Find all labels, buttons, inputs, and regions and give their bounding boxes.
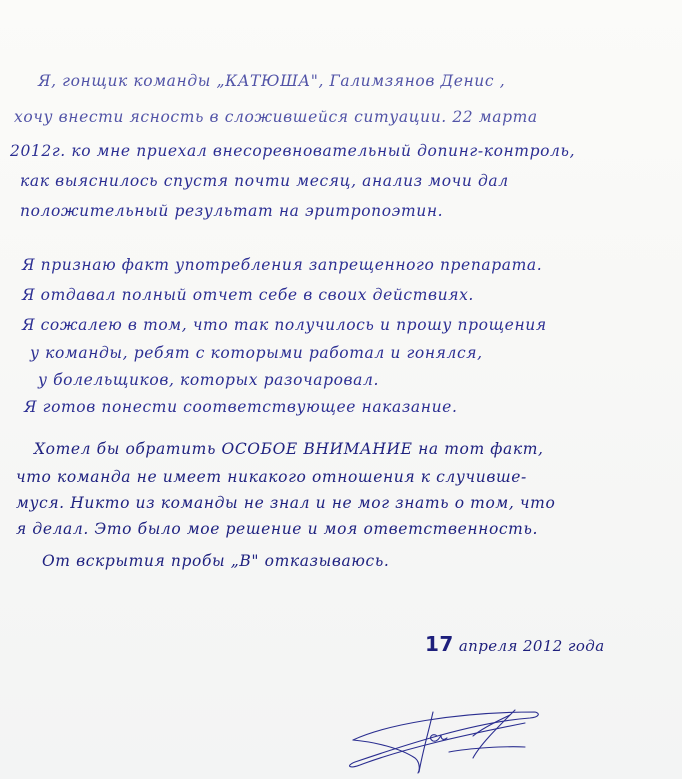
paragraph-3-line-1: Хотел бы обратить ОСОБОЕ ВНИМАНИЕ на тот… bbox=[34, 440, 544, 458]
statement-date: 17 апреля 2012 года bbox=[425, 632, 605, 656]
handwritten-statement-page: Я, гонщик команды „КАТЮША", Галимзянов Д… bbox=[0, 0, 682, 779]
paragraph-2-line-4: у команды, ребят с которыми работал и го… bbox=[30, 344, 483, 362]
date-month-year: апреля 2012 года bbox=[459, 637, 605, 655]
paragraph-1-line-1: Я, гонщик команды „КАТЮША", Галимзянов Д… bbox=[38, 72, 505, 90]
paragraph-2-line-2: Я отдавал полный отчет себе в своих дейс… bbox=[22, 286, 474, 304]
paragraph-1-line-2: хочу внести ясность в сложившейся ситуац… bbox=[14, 108, 538, 126]
handwritten-signature-icon bbox=[345, 690, 545, 779]
paragraph-3-line-2: что команда не имеет никакого отношения … bbox=[16, 468, 527, 486]
date-day: 17 bbox=[425, 632, 454, 656]
paragraph-1-line-3: 2012г. ко мне приехал внесоревновательны… bbox=[10, 142, 575, 160]
paragraph-4-line-1: От вскрытия пробы „B" отказываюсь. bbox=[42, 552, 389, 570]
paragraph-2-line-6: Я готов понести соответствующее наказани… bbox=[24, 398, 457, 416]
paragraph-3-line-4: я делал. Это было мое решение и моя отве… bbox=[16, 520, 538, 538]
paragraph-1-line-5: положительный результат на эритропоэтин. bbox=[20, 202, 443, 220]
paragraph-3-line-3: муся. Никто из команды не знал и не мог … bbox=[16, 494, 555, 512]
paragraph-2-line-1: Я признаю факт употребления запрещенного… bbox=[22, 256, 542, 274]
paragraph-2-line-3: Я сожалею в том, что так получилось и пр… bbox=[22, 316, 547, 334]
paragraph-1-line-4: как выяснилось спустя почти месяц, анали… bbox=[20, 172, 509, 190]
paragraph-2-line-5: у болельщиков, которых разочаровал. bbox=[38, 371, 379, 389]
